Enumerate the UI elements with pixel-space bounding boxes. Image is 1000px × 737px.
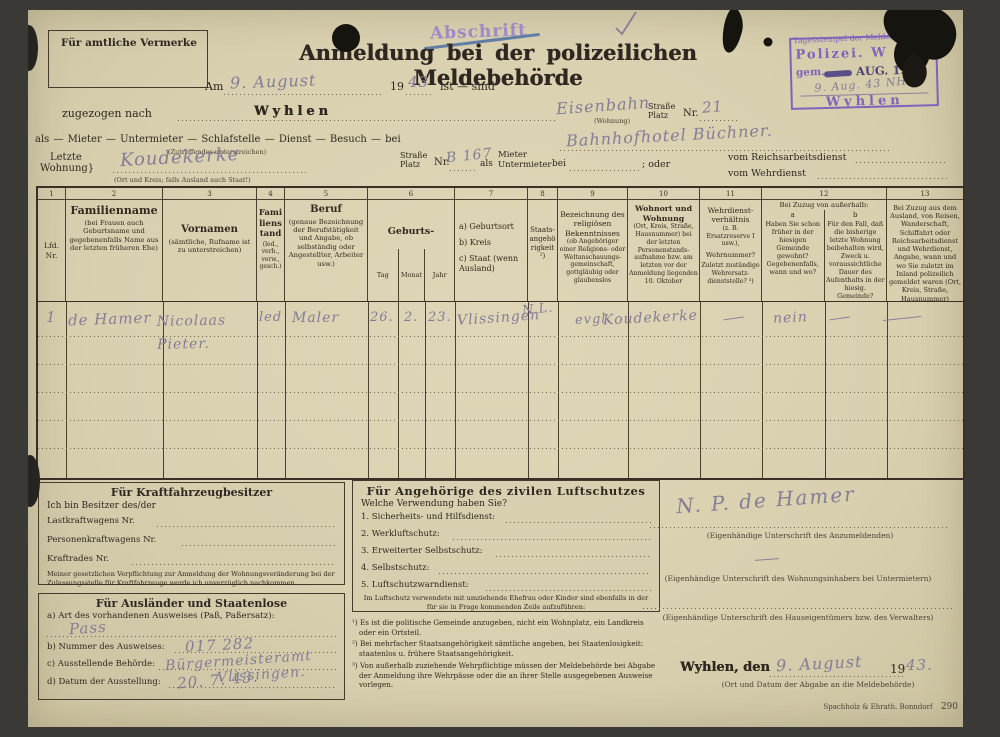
wehrdienst-sub1: (z. B. Ersatzreserve I usw.), (701, 225, 760, 248)
geburt-jahr-label: Jahr (424, 249, 454, 301)
familienstand-sub: (led., verh., verw., gesch.) (258, 241, 283, 271)
geburtsort-a: a) Geburtsort (459, 222, 526, 232)
wehrdienst-label: vom Wehrdienst (728, 168, 806, 179)
air-raid-note: Im Luftschutz verwendete mit umziehende … (361, 594, 651, 611)
last-residence-handwritten: Koudekerke (120, 144, 240, 171)
zuzug-b-label: b (826, 211, 886, 220)
header-familienname: Familienname (bei Frauen auch Geburtsnam… (66, 200, 163, 302)
familienstand-title: Familienstand (258, 208, 283, 240)
header-familienstand: Familienstand (led., verh., verw., gesch… (257, 200, 285, 302)
footnote-1: ¹) Es ist die politische Gemeinde anzuge… (352, 618, 662, 637)
dotted-line (439, 573, 651, 574)
col-number: 3 (163, 188, 257, 200)
registrant-signature: N. P. de Hamer (675, 482, 856, 518)
table-line (398, 302, 399, 478)
dotted-line (496, 556, 651, 557)
oder-label: ; oder (642, 159, 670, 170)
zuzug-a-label: a (763, 211, 823, 220)
header-bekenntnis: Bezeichnung des religiösen Bekenntnisses… (558, 200, 628, 302)
footnote-3: ³) Von außerhalb zuziehende Wehrpflichti… (352, 661, 662, 690)
air-raid-item-label: 1. Sicherheits- und Hilfsdienst: (361, 512, 495, 522)
table-line (628, 302, 629, 478)
truck-number-label: Lastkraftwagens Nr. (47, 516, 135, 526)
air-raid-item-label: 2. Werkluftschutz: (361, 529, 440, 539)
bekenntnis-sub: (ob Angehöriger einer Religions- oder We… (559, 238, 626, 285)
beruf-sub: (genaue Bezeichnung der Berufstätigkeit … (286, 218, 366, 269)
mieter-untermieter-label: Mieter Untermieter (498, 150, 551, 170)
col-number: 5 (285, 188, 368, 200)
dotted-line (856, 162, 948, 163)
vehicle-intro: Ich bin Besitzer des/der (47, 501, 336, 511)
geburt-monat-label: Monat (398, 249, 425, 301)
form-title: Anmeldung bei der polizeilichen Meldebeh… (258, 40, 738, 90)
header-ausland: Bei Zuzug aus dem Ausland, von Reisen, W… (887, 200, 963, 302)
row1-geb-jahr: 23. (428, 310, 452, 325)
air-raid-item-label: 5. Luftschutzwarndienst: (361, 580, 469, 590)
vehicle-note: Meiner gesetzlichen Verpflichtung zur An… (47, 570, 336, 587)
header-geburtsort: a) Geburtsort b) Kreis c) Staat (wenn Au… (455, 200, 528, 302)
header-wohnort: Wohnort und Wohnung (Ort, Kreis, Straße,… (628, 200, 700, 302)
dotted-line (453, 539, 651, 540)
row1-wohnort: Koudekerke (603, 308, 699, 329)
table-line (825, 302, 826, 478)
table-line (38, 420, 963, 421)
table-line (368, 302, 369, 478)
day-stamp-strikeout (824, 70, 852, 78)
lfd-nr-label: Lfd. Nr. (43, 241, 61, 260)
air-raid-intro: Welche Verwendung haben Sie? (361, 499, 651, 509)
wohnort-title: Wohnort und Wohnung (629, 204, 698, 223)
row1-lfd: 1 (46, 308, 57, 326)
col-number: 10 (628, 188, 700, 200)
official-remarks-label: Für amtliche Vermerke (49, 31, 207, 49)
col-number: 1 (38, 188, 66, 200)
staatsangehoerigkeit-title: Staats­angehörig­keit ²) (529, 226, 556, 261)
table-line (700, 302, 701, 478)
dotted-line (224, 94, 384, 95)
house-number-handwritten: 21 (701, 97, 724, 117)
col-number: 13 (887, 188, 963, 200)
geburtsort-b: b) Kreis (459, 238, 526, 248)
air-raid-section-title: Für Angehörige des zivilen Luftschutzes (361, 484, 651, 498)
street-name-handwritten: Eisenbahn (555, 93, 650, 119)
tenant-type-line: als — Mieter — Untermieter — Schlafstell… (35, 134, 401, 145)
rad-label: vom Reichsarbeitsdienst (728, 152, 846, 163)
table-body: 1 de Hamer Nicolaas Pieter. led Maler 26… (38, 302, 963, 478)
wohnort-sub: (Ort, Kreis, Straße, Hausnummer) bei der… (629, 223, 698, 285)
strasse-label: Straße (400, 151, 427, 160)
year-handwritten: 43 (408, 73, 429, 91)
car-number-label: Personenkraftwagens Nr. (47, 535, 156, 545)
untermieter-label: Untermieter (498, 160, 551, 170)
col-number: 11 (700, 188, 762, 200)
strasse-platz-label: Straße Platz (648, 102, 675, 120)
platz-label: Platz (648, 111, 675, 120)
year-prefix: 19 (390, 80, 404, 93)
row1-familienstand: led (259, 310, 282, 325)
header-zuzug: Bei Zuzug von außerhalb: a Haben Sie sch… (762, 200, 887, 302)
day-stamp-caption: Tagesstempel der Meldebehörde (793, 29, 953, 45)
dotted-line (113, 172, 308, 173)
familienname-sub: (bei Frauen auch Geburtsname und gegeben… (67, 219, 161, 253)
air-raid-item-5: 5. Luftschutzwarndienst: (361, 580, 651, 590)
dotted-line (178, 120, 556, 121)
table-line (762, 302, 763, 478)
row1-ausland: — (880, 308, 926, 329)
air-raid-protection-section: Für Angehörige des zivilen Luftschutzes … (352, 480, 660, 612)
issue-date-row: d) Datum der Ausstellung: 20. 7. 43. (47, 677, 336, 687)
vornamen-title: Vornamen (164, 224, 255, 237)
signature-caption-2: (Eigenhändige Unterschrift des Wohnungsi… (633, 574, 963, 583)
air-raid-item-3: 3. Erweiterter Selbstschutz: (361, 546, 651, 556)
official-remarks-box: Für amtliche Vermerke (48, 30, 208, 88)
dotted-line (169, 687, 336, 688)
day-stamp-gem-label: gem. (796, 66, 825, 79)
header-beruf: Beruf (genaue Bezeichnung der Berufstäti… (285, 200, 368, 302)
id-number-label: b) Nummer des Ausweises: (47, 642, 164, 652)
zuzug-b-text: Für den Fall, daß die bisherige letzte W… (826, 220, 886, 300)
air-raid-item-label: 3. Erweiterter Selbstschutz: (361, 546, 482, 556)
day-stamp-authority: Polizei. W (795, 45, 888, 62)
air-raid-item-label: 4. Selbstschutz: (361, 563, 429, 573)
header-geburt: Geburts- Tag Monat Jahr (368, 200, 455, 302)
footer-year-handwritten: 43. (906, 656, 933, 674)
ist-sind-label: ist — sind (440, 80, 495, 93)
dotted-line (560, 150, 890, 151)
table-line (285, 302, 286, 478)
signature-caption-3: (Eigenhändige Unterschrift des Hauseigen… (638, 613, 958, 622)
footnote-2: ²) Bei mehrfacher Staatsangehörigkeit sä… (352, 639, 662, 658)
dotted-line (486, 590, 651, 591)
pencil-dash (755, 558, 779, 561)
col-number: 6 (368, 188, 455, 200)
row1-beruf: Maler (292, 310, 339, 326)
row1-wehrdienst: — (722, 308, 748, 327)
registration-form-paper: Für amtliche Vermerke Abschrift Anmeldun… (28, 10, 963, 727)
table-line (257, 302, 258, 478)
issue-date-label: d) Datum der Ausstellung: (47, 677, 161, 687)
nr-label: Nr. (683, 108, 699, 119)
table-line (38, 364, 963, 365)
foreigners-section: Für Ausländer und Staatenlose a) Art des… (38, 593, 345, 700)
screenshot-root: { "header": { "vermerke": "Für amtliche … (0, 0, 1000, 737)
col-number: 8 (528, 188, 558, 200)
pencil-tick-mark (616, 12, 636, 34)
dotted-line (450, 170, 478, 171)
form-number: 290 (941, 702, 958, 712)
dotted-line (770, 676, 905, 677)
zuzug-title: Bei Zuzug von außerhalb: (762, 200, 886, 210)
motorcycle-number-row: Kraftrades Nr. (47, 554, 336, 564)
id-type-row: Pass (47, 621, 336, 639)
dotted-line (818, 178, 948, 179)
bei-label-2: bei (552, 159, 566, 169)
place-date-label: Wyhlen, den (680, 660, 770, 675)
dotted-line (650, 527, 950, 528)
last-residence-label-1: Letzte (50, 152, 82, 163)
mieter-label: Mieter (498, 150, 551, 160)
truck-number-row: Lastkraftwagens Nr. (47, 516, 336, 526)
table-line (887, 302, 888, 478)
footnotes: ¹) Es ist die politische Gemeinde anzuge… (352, 618, 662, 692)
row1-vornamen: Nicolaas Pieter. (157, 309, 250, 357)
dotted-line (643, 608, 953, 609)
destination-place: Wyhlen (254, 104, 332, 119)
col-number: 4 (257, 188, 285, 200)
air-raid-item-2: 2. Werkluftschutz: (361, 529, 651, 539)
day-stamp-handwritten-date: 9. Aug. 43 NH. (814, 74, 912, 95)
vornamen-sub: (sämtliche, Rufname ist zu unterstreiche… (164, 238, 255, 255)
col-number: 12 (762, 188, 887, 200)
strasse-label: Straße (648, 102, 675, 111)
wehrdienst-sub3: Zuletzt zuständige Wehrersatz­dienststel… (701, 262, 760, 285)
zugezogen-label: zugezogen nach (62, 107, 152, 120)
printer-imprint: Spachholz & Ehrath. Bonndorf 290 (728, 702, 958, 712)
dotted-line (406, 94, 432, 95)
place-date-caption: (Ort und Datum der Abgabe an die Meldebe… (688, 680, 948, 689)
dotted-line (700, 120, 740, 121)
dotted-line (506, 522, 651, 523)
table-line (528, 302, 529, 478)
geburtsort-c: c) Staat (wenn Ausland) (459, 254, 526, 274)
day-stamp-box: Tagesstempel der Meldebehörde Polizei. W… (789, 34, 939, 110)
row1-zuzug-b: — (828, 308, 854, 327)
foreigners-section-title: Für Ausländer und Staatenlose (47, 597, 336, 610)
zuzug-b: b Für den Fall, daß die bisherige letzte… (824, 210, 887, 301)
ausland-text: Bei Zuzug aus dem Ausland, von Reisen, W… (888, 204, 962, 302)
row1-staatsangehoerigkeit: N.L. (521, 300, 554, 318)
dotted-line (132, 564, 336, 565)
submission-date-handwritten: 9. August (776, 652, 863, 675)
dotted-line (570, 170, 640, 171)
geburt-subcolumns: Tag Monat Jahr (368, 249, 454, 301)
issuing-authority-label: c) Ausstellende Behörde: (47, 659, 155, 669)
last-residence-label-2: Wohnung} (40, 163, 94, 174)
footer-year-prefix: 19 (890, 662, 905, 676)
zuzug-a: a Haben Sie schon früher in der hiesigen… (762, 210, 824, 301)
strasse-platz-label-2: Straße Platz (400, 151, 427, 169)
air-raid-item-1: 1. Sicherheits- und Hilfsdienst: (361, 512, 651, 522)
car-number-row: Personenkraftwagens Nr. (47, 535, 336, 545)
table-header: 1 2 3 4 5 6 7 8 9 10 11 12 13 Lfd. Nr. F… (38, 188, 963, 302)
table-line (425, 302, 426, 478)
beruf-title: Beruf (286, 204, 366, 217)
col-number: 9 (558, 188, 628, 200)
row1-geb-monat: 2. (404, 310, 418, 325)
signature-caption-1: (Eigenhändige Unterschrift des Anzumelde… (650, 531, 950, 540)
table-line (558, 302, 559, 478)
table-line (38, 448, 963, 449)
platz-label: Platz (400, 160, 427, 169)
geburt-tag-label: Tag (368, 249, 398, 301)
header-vornamen: Vornamen (sämtliche, Rufname ist zu unte… (163, 200, 257, 302)
wohnung-caption: (Wohnung) (594, 117, 630, 125)
vehicle-section-title: Für Kraftfahrzeugbesitzer (47, 486, 336, 499)
familienname-title: Familienname (67, 204, 161, 218)
wehrdienst-sub2: Wehrnummer? (701, 251, 760, 259)
geburt-title: Geburts- (368, 200, 454, 238)
row1-familienname: de Hamer (68, 309, 152, 330)
zuzug-a-text: Haben Sie schon früher in der hiesigen G… (763, 220, 823, 276)
bekenntnis-title: Bezeichnung des religiösen Bekenntnisses (559, 210, 626, 238)
header-staatsangehoerigkeit: Staats­angehörig­keit ²) (528, 200, 558, 302)
dotted-line (182, 545, 336, 546)
torn-edge-left-top (28, 25, 38, 71)
table-line (38, 392, 963, 393)
header-lfd-nr: Lfd. Nr. (38, 200, 66, 302)
landlord-handwritten: Bahnhofhotel Büchner. (566, 121, 774, 151)
arrival-date-handwritten: 9. August (230, 70, 317, 92)
dotted-line (157, 526, 336, 527)
day-stamp-place: Wyhlen (793, 92, 937, 111)
motorcycle-number-label: Kraftrades Nr. (47, 554, 109, 564)
persons-table: 1 2 3 4 5 6 7 8 9 10 11 12 13 Lfd. Nr. F… (36, 186, 965, 480)
col-number: 7 (455, 188, 528, 200)
vehicle-owner-section: Für Kraftfahrzeugbesitzer Ich bin Besitz… (38, 482, 345, 585)
ink-dot (764, 38, 773, 47)
row1-zuzug-a: nein (773, 309, 809, 327)
table-line (66, 302, 67, 478)
wehrdienst-title: Wehrdienst­verhältnis (701, 206, 760, 225)
als-label-2: als (480, 159, 493, 169)
last-residence-caption: (Ort und Kreis; falls Ausland auch Staat… (114, 176, 251, 184)
row1-geb-tag: 26. (370, 310, 394, 325)
printer-name: Spachholz & Ehrath. Bonndorf (823, 703, 932, 711)
air-raid-item-4: 4. Selbstschutz: (361, 563, 651, 573)
table-line (455, 302, 456, 478)
am-label: Am (205, 80, 223, 93)
col-number: 2 (66, 188, 163, 200)
header-wehrdienst: Wehrdienst­verhältnis (z. B. Ersatzreser… (700, 200, 762, 302)
